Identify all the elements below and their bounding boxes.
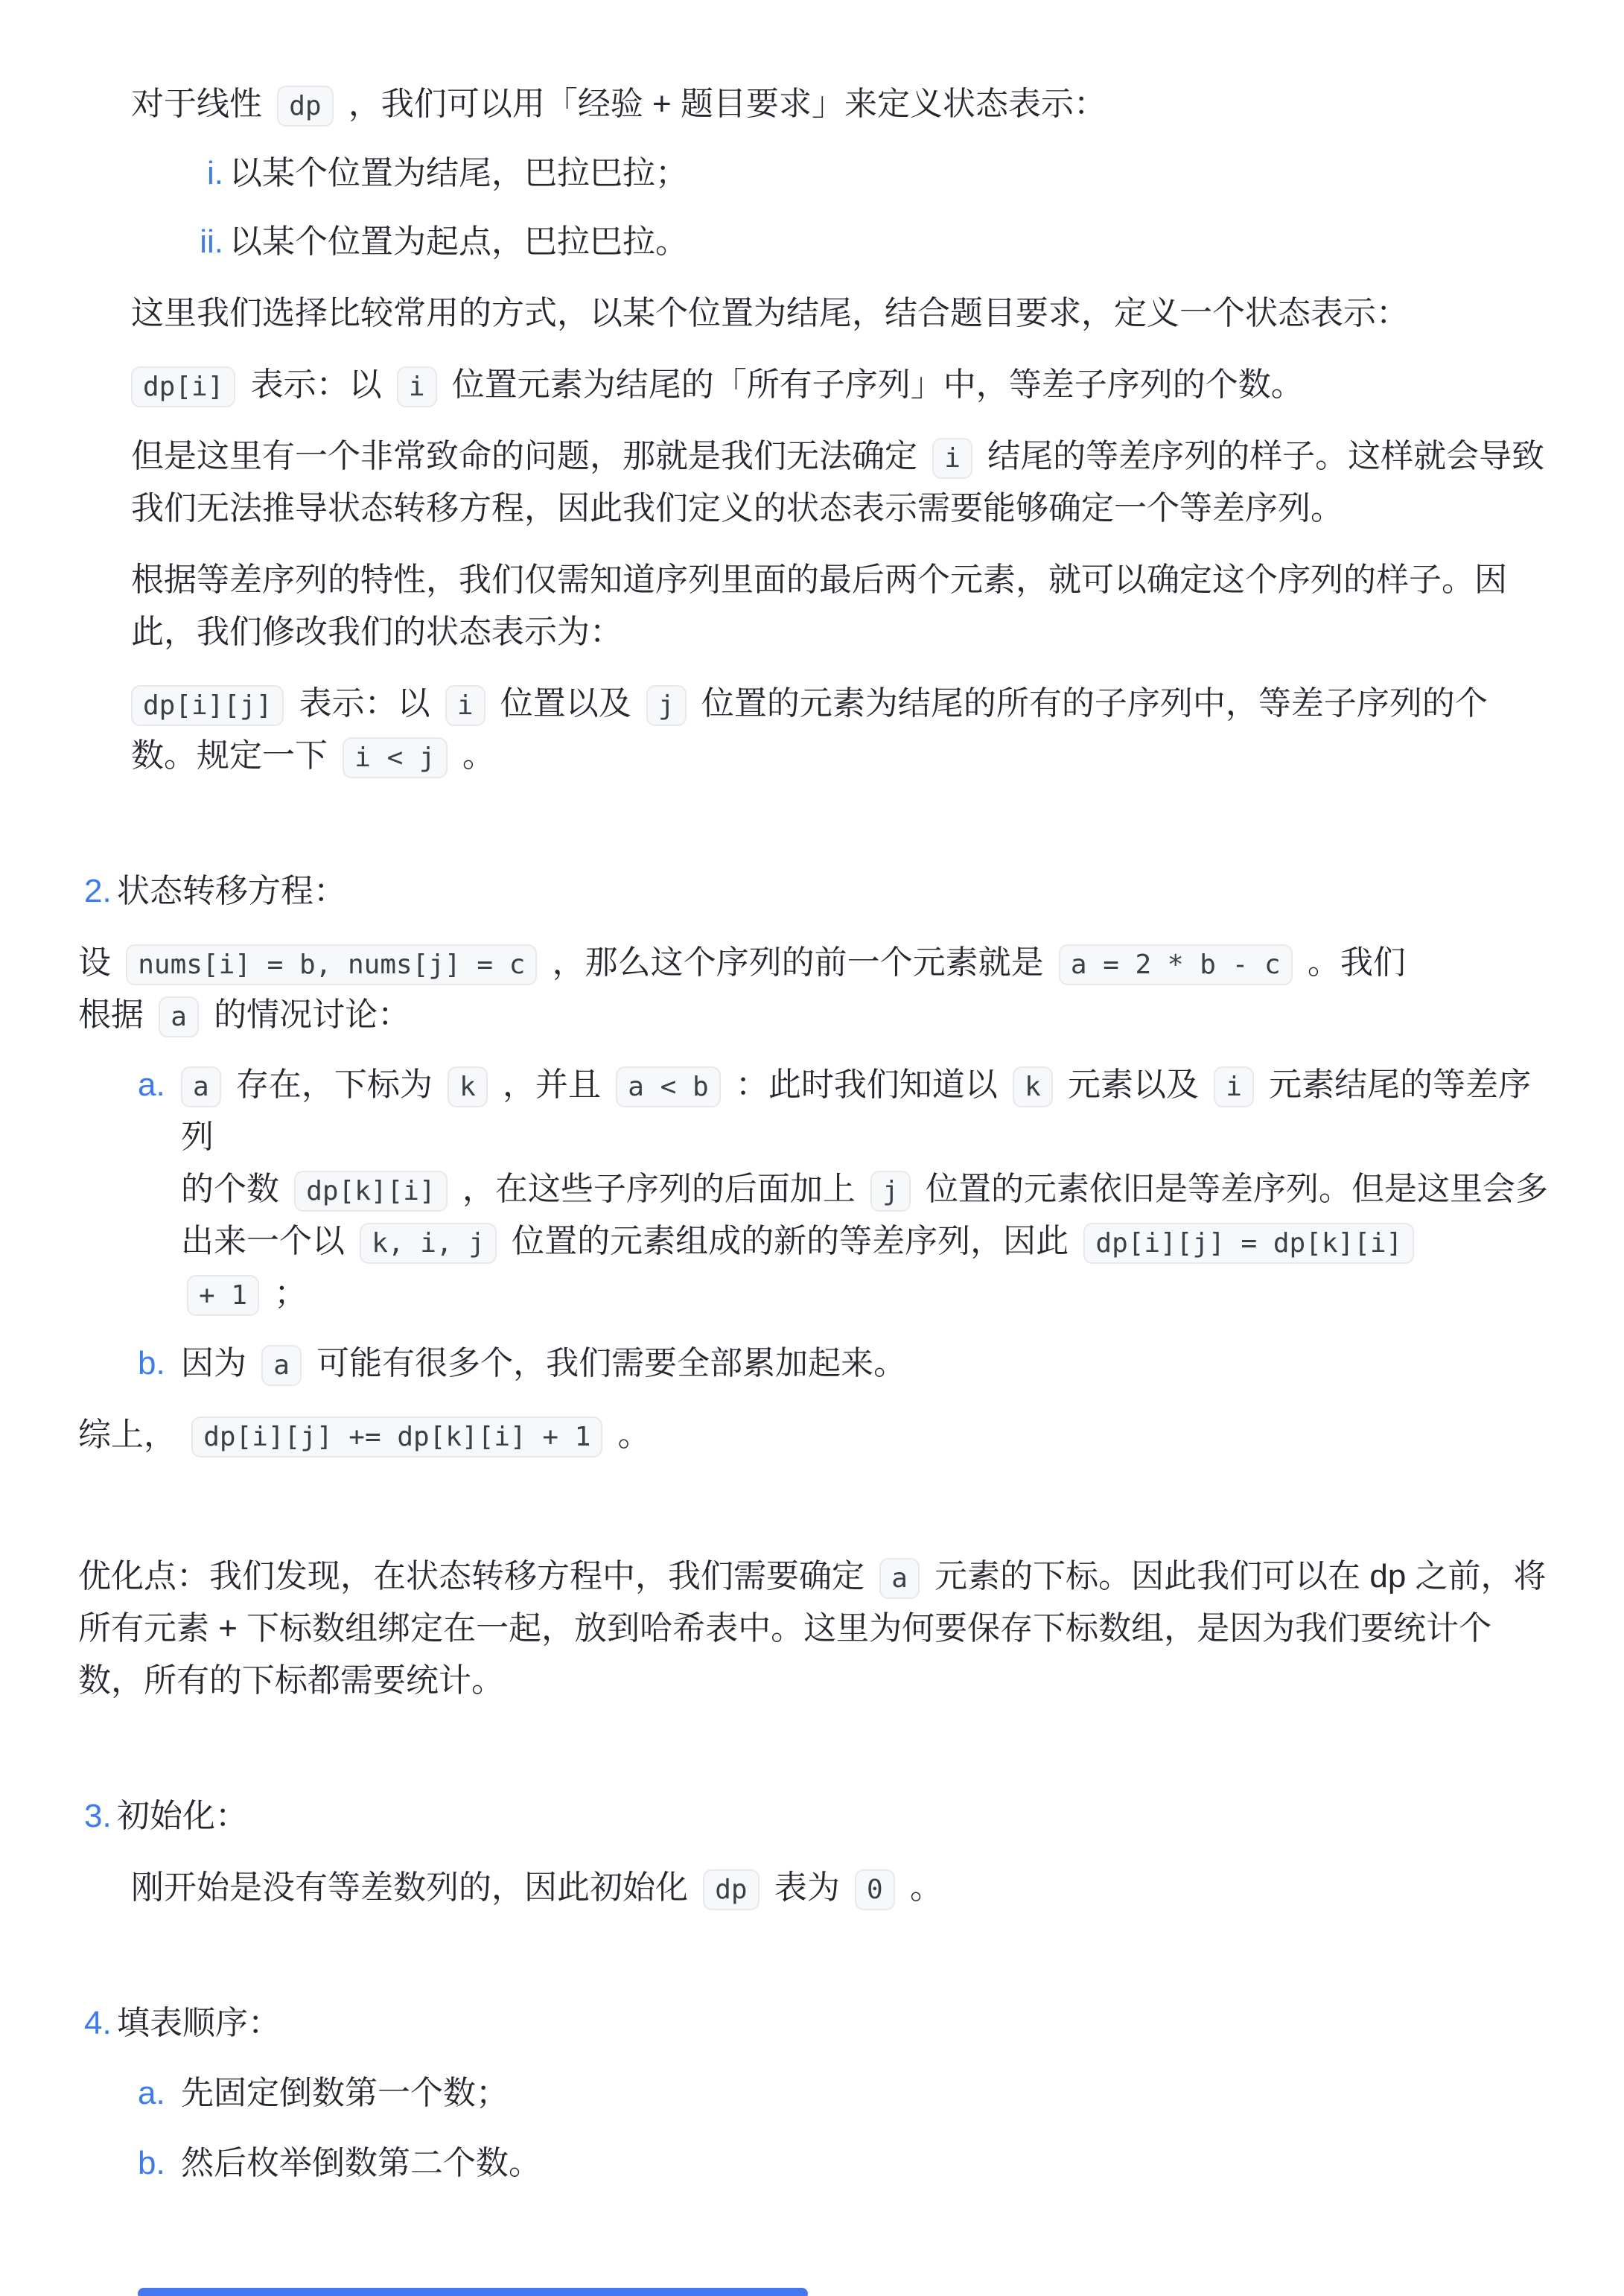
alpha-list-marker: b.	[138, 1338, 171, 1390]
section-item-3-init: 3. 初始化：	[84, 1790, 1624, 1842]
text-run: 表示：以	[290, 685, 439, 722]
inline-code: dp[i][j] = dp[k][i]	[1083, 1223, 1414, 1264]
section-item-4-fill-order: 4. 填表顺序：	[84, 1997, 1624, 2049]
inline-code: k	[1013, 1066, 1053, 1107]
list-item-text: 先固定倒数第一个数；	[181, 2067, 1556, 2119]
paragraph-choose-style: 这里我们选择比较常用的方式，以某个位置为结尾，结合题目要求，定义一个状态表示：	[131, 287, 1553, 340]
paragraph-sequence-feature: 根据等差序列的特性，我们仅需知道序列里面的最后两个元素，就可以确定这个序列的样子…	[131, 554, 1553, 658]
text-run: 以某个位置为结尾，巴拉巴拉；	[229, 155, 688, 191]
text-run: 元素以及	[1059, 1066, 1208, 1103]
inline-code: i	[445, 685, 485, 726]
alpha-list-item-a: a. a 存在，下标为 k ，并且 a < b ：此时我们知道以 k 元素以及 …	[138, 1059, 1624, 1320]
inline-code: nums[i] = b, nums[j] = c	[126, 944, 537, 985]
numbered-list-marker: 4.	[84, 1997, 111, 2049]
text-run: ：此时我们知道以	[727, 1066, 1007, 1103]
inline-code: dp[k][i]	[294, 1171, 447, 1212]
text-run: 对于线性	[131, 86, 271, 122]
section-title: 初始化：	[117, 1790, 1532, 1842]
inline-code: dp[i][j] += dp[k][i] + 1	[191, 1416, 602, 1457]
text-run: 以某个位置为起点，巴拉巴拉。	[229, 223, 688, 260]
text-run: 。	[901, 1869, 943, 1906]
list-item-text: 因为 a 可能有很多个，我们需要全部累加起来。	[181, 1338, 1556, 1390]
text-run: 然后枚举倒数第二个数。	[181, 2145, 541, 2181]
text-run: ，我们可以用「经验 + 题目要求」来定义状态表示：	[340, 86, 1106, 122]
inline-code: dp[i][j]	[131, 685, 284, 726]
alpha-list-item-b2: b. 然后枚举倒数第二个数。	[138, 2137, 1624, 2190]
text-run: 位置以及	[491, 685, 640, 722]
section-item-2-transition: 2. 状态转移方程：	[84, 865, 1624, 918]
text-run: 这里我们选择比较常用的方式，以某个位置为结尾，结合题目要求，定义一个状态表示：	[131, 295, 1409, 331]
text-run: 填表顺序：	[117, 2005, 281, 2041]
text-run: 所有元素 + 下标数组绑定在一起，放到哈希表中。这里为何要保存下标数组，是因为我…	[78, 1610, 1491, 1647]
inline-code: k	[448, 1066, 488, 1107]
text-run: 综上，	[78, 1416, 185, 1453]
alpha-list-marker: a.	[138, 2067, 171, 2119]
text-run: 根据	[78, 996, 153, 1033]
text-run: 初始化：	[117, 1798, 248, 1834]
list-item-text: a 存在，下标为 k ，并且 a < b ：此时我们知道以 k 元素以及 i 元…	[181, 1059, 1556, 1320]
inline-code: a	[181, 1066, 221, 1107]
list-item-text: 然后枚举倒数第二个数。	[181, 2137, 1556, 2190]
paragraph-optimization: 优化点：我们发现，在状态转移方程中，我们需要确定 a 元素的下标。因此我们可以在…	[78, 1551, 1556, 1707]
inline-code: j	[870, 1171, 911, 1212]
text-run: 结尾的等差序列的样子。这样就会导致	[978, 438, 1544, 474]
text-run: 元素的下标。因此我们可以在 dp 之前，将	[926, 1558, 1547, 1594]
alpha-list-marker: a.	[138, 1059, 171, 1111]
text-run: 根据等差序列的特性，我们仅需知道序列里面的最后两个元素，就可以确定这个序列的样子…	[131, 562, 1507, 598]
text-run: 出来一个以	[181, 1223, 354, 1259]
roman-list-marker: i.	[186, 147, 223, 200]
paragraph-transition-setup: 设 nums[i] = b, nums[j] = c ，那么这个序列的前一个元素…	[78, 937, 1556, 1041]
paragraph-dp-i-definition: dp[i] 表示：以 i 位置元素为结尾的「所有子序列」中，等差子序列的个数。	[131, 359, 1553, 411]
alpha-list-item-b: b. 因为 a 可能有很多个，我们需要全部累加起来。	[138, 1338, 1624, 1390]
list-item-text: 以某个位置为起点，巴拉巴拉。	[229, 216, 1547, 268]
roman-list-item-1: i. 以某个位置为结尾，巴拉巴拉；	[186, 147, 1624, 200]
alpha-list-marker: b.	[138, 2137, 171, 2190]
numbered-list-marker: 2.	[84, 865, 111, 918]
section-title: 状态转移方程：	[117, 865, 1532, 918]
text-run: ，并且	[494, 1066, 610, 1103]
inline-code: dp[i]	[131, 366, 235, 407]
text-run: ；	[265, 1275, 307, 1311]
text-run: ，在这些子序列的后面加上	[453, 1171, 864, 1207]
inline-code: i	[1214, 1066, 1254, 1107]
inline-code: a	[879, 1558, 920, 1599]
text-run: 表示：以	[241, 366, 390, 403]
text-run: 优化点：我们发现，在状态转移方程中，我们需要确定	[78, 1558, 873, 1594]
inline-code: k, i, j	[360, 1223, 497, 1264]
text-run: 刚开始是没有等差数列的，因此初始化	[131, 1869, 697, 1906]
text-run: 此，我们修改我们的状态表示为：	[131, 614, 622, 650]
inline-code: + 1	[187, 1275, 259, 1316]
text-run: 设	[78, 944, 120, 981]
text-run: 位置元素为结尾的「所有子序列」中，等差子序列的个数。	[443, 366, 1304, 403]
text-run: 数，所有的下标都需要统计。	[78, 1662, 504, 1699]
paragraph-fatal-problem: 但是这里有一个非常致命的问题，那就是我们无法确定 i 结尾的等差序列的样子。这样…	[131, 430, 1553, 535]
text-run: 。	[453, 737, 495, 774]
inline-code: 0	[855, 1869, 895, 1910]
inline-code: i	[397, 366, 437, 407]
text-run: 但是这里有一个非常致命的问题，那就是我们无法确定	[131, 438, 926, 474]
alpha-list-item-a2: a. 先固定倒数第一个数；	[138, 2067, 1624, 2119]
inline-code: j	[646, 685, 687, 726]
text-run: 位置的元素组成的新的等差序列，因此	[503, 1223, 1077, 1259]
text-run: 因为	[181, 1345, 255, 1381]
paragraph-dp-ij-definition: dp[i][j] 表示：以 i 位置以及 j 位置的元素为结尾的所有的子序列中，…	[131, 678, 1553, 782]
inline-code: dp	[277, 86, 333, 127]
section-title: 填表顺序：	[117, 1997, 1532, 2049]
inline-code: i < j	[343, 737, 447, 778]
paragraph-init-detail: 刚开始是没有等差数列的，因此初始化 dp 表为 0 。	[131, 1862, 1553, 1914]
inline-code: a < b	[616, 1066, 720, 1107]
text-run: 位置的元素依旧是等差序列。但是这里会多	[917, 1171, 1548, 1207]
inline-code: a	[261, 1345, 302, 1386]
roman-list-marker: ii.	[186, 216, 223, 268]
text-run: ，那么这个序列的前一个元素就是	[543, 944, 1052, 981]
numbered-list-marker: 3.	[84, 1790, 111, 1842]
text-run: 数。规定一下	[131, 737, 337, 774]
inline-code: i	[932, 438, 972, 479]
clipped-blue-bar	[138, 2288, 808, 2296]
text-run: 表为	[765, 1869, 849, 1906]
text-run: 我们无法推导状态转移方程，因此我们定义的状态表示需要能够确定一个等差序列。	[131, 490, 1343, 527]
list-item-text: 以某个位置为结尾，巴拉巴拉；	[229, 147, 1547, 200]
text-run: 存在，下标为	[227, 1066, 442, 1103]
article-page: { "page": { "accent_blue": "#3b7cf5", "t…	[0, 0, 1624, 2296]
text-run: 。	[608, 1416, 650, 1453]
text-run: 先固定倒数第一个数；	[181, 2075, 509, 2111]
inline-code: dp	[703, 1869, 759, 1910]
text-run: 的情况讨论：	[205, 996, 410, 1033]
paragraph-intro: 对于线性 dp ，我们可以用「经验 + 题目要求」来定义状态表示：	[131, 78, 1553, 130]
article-content: 对于线性 dp ，我们可以用「经验 + 题目要求」来定义状态表示： i. 以某个…	[0, 78, 1624, 2190]
text-run: 位置的元素为结尾的所有的子序列中，等差子序列的个	[692, 685, 1488, 722]
paragraph-summary-formula: 综上， dp[i][j] += dp[k][i] + 1 。	[78, 1409, 1556, 1461]
roman-list-item-2: ii. 以某个位置为起点，巴拉巴拉。	[186, 216, 1624, 268]
inline-code: a = 2 * b - c	[1059, 944, 1293, 985]
text-run: 可能有很多个，我们需要全部累加起来。	[308, 1345, 906, 1381]
inline-code: a	[159, 996, 199, 1037]
text-run: 的个数	[181, 1171, 288, 1207]
text-run: 状态转移方程：	[117, 873, 346, 909]
text-run: 。我们	[1299, 944, 1406, 981]
